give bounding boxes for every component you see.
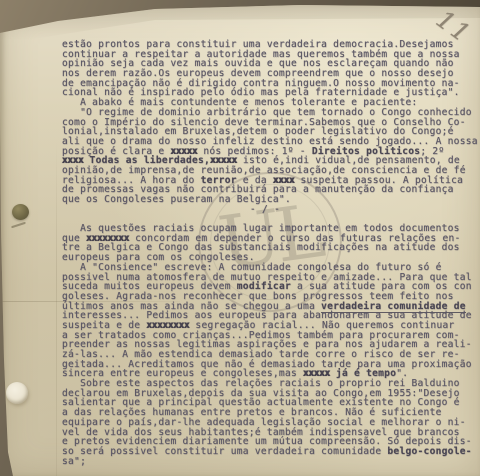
pen-mark — [11, 222, 26, 229]
hole-punch-top — [12, 204, 29, 220]
paper-crease-vertical — [56, 140, 57, 476]
hole-punch-bottom — [6, 382, 28, 404]
document-page: UL estão prontos para constituir uma ver… — [0, 0, 480, 476]
text-line: so será possivel constituir uma verdadei… — [62, 447, 468, 457]
text-line: - / - — [62, 205, 468, 215]
torn-top-edge-shadow — [0, 0, 480, 40]
typewritten-text: estão prontos para constituir uma verdad… — [62, 40, 468, 466]
scan-background: UL estão prontos para constituir uma ver… — [0, 0, 480, 476]
text-line: sa"; — [62, 457, 468, 467]
